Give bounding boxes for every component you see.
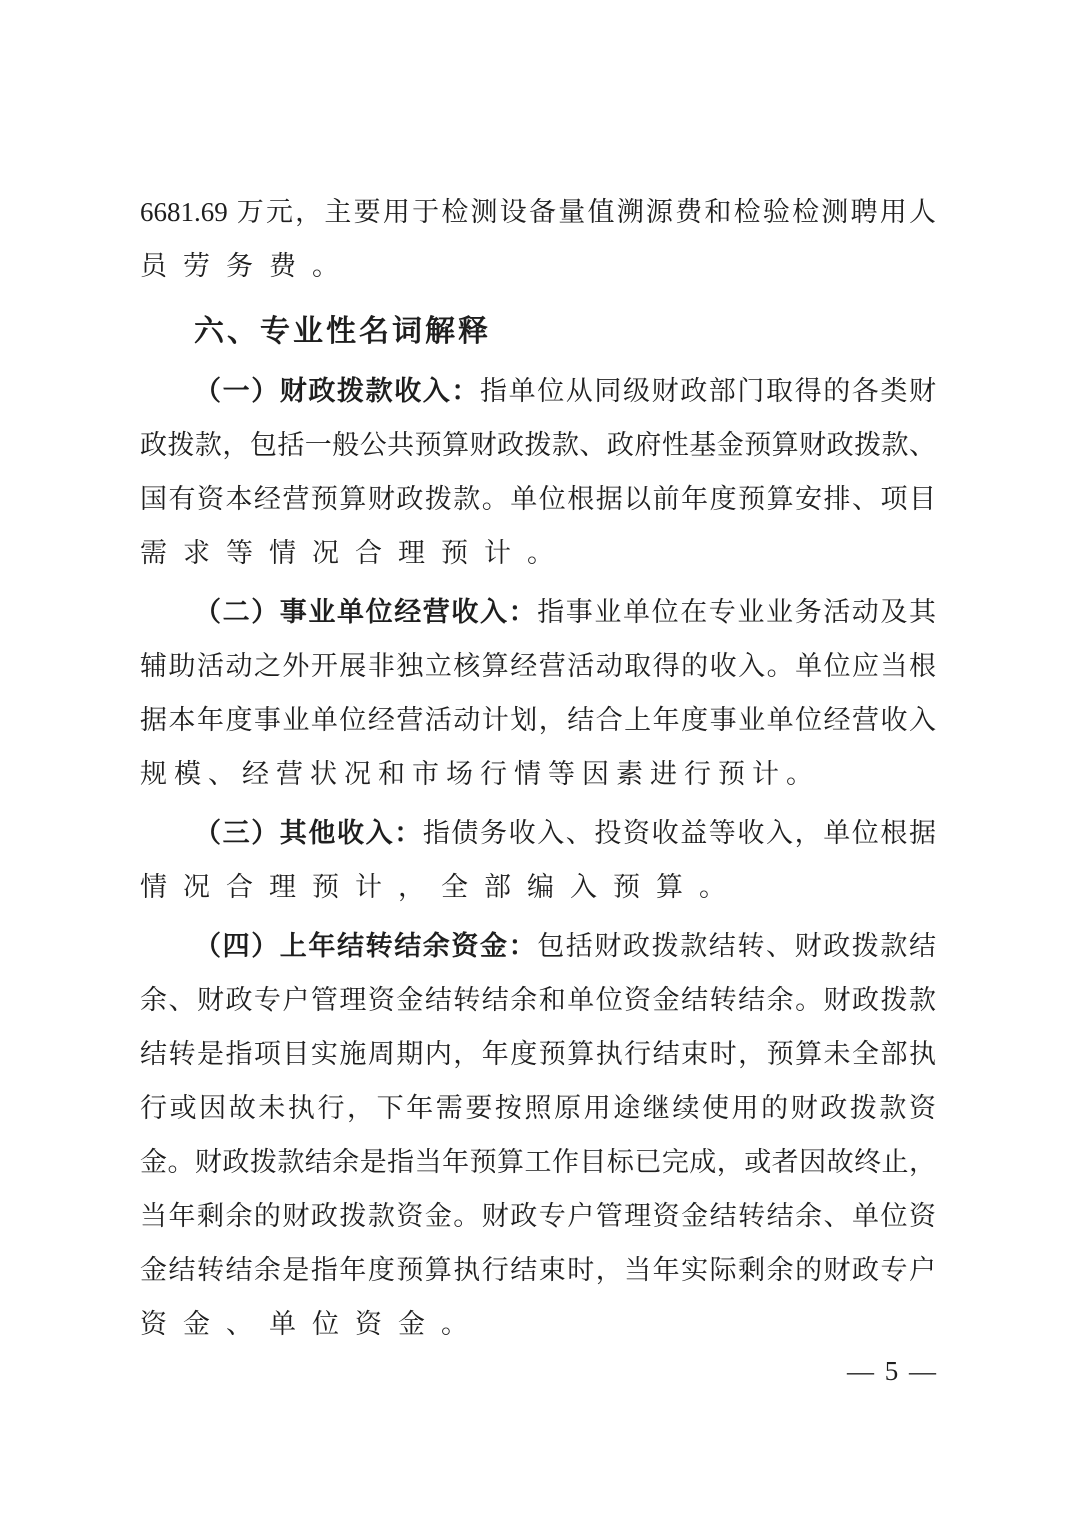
document-body: 6681.69 万元，主要用于检测设备量值溯源费和检验检测聘用人员劳务费。 六、… [140,185,936,1351]
line-text: 指事业单位在专业业务活动及其 [537,597,936,627]
line-text: 员劳务费。 [140,251,355,281]
line-text: 指单位从同级财政部门取得的各类财 [480,376,936,406]
term-label: （二）事业单位经营收入： [194,597,537,627]
term-paragraph: （一）财政拨款收入：指单位从同级财政部门取得的各类财政拨款，包括一般公共预算财政… [140,364,936,580]
page-number: — 5 — [847,1356,938,1387]
text-line: 政拨款，包括一般公共预算财政拨款、政府性基金预算财政拨款、 [140,418,936,472]
line-text: 政拨款，包括一般公共预算财政拨款、政府性基金预算财政拨款、 [140,430,936,460]
text-line: 金。财政拨款结余是指当年预算工作目标已完成，或者因故终止， [140,1135,936,1189]
term-label: （四）上年结转结余资金： [194,931,537,961]
text-line: 资金、单位资金。 [140,1297,936,1351]
line-text: 结转是指项目实施周期内，年度预算执行结束时，预算未全部执 [140,1039,936,1069]
text-line: 情况合理预计，全部编入预算。 [140,860,936,914]
text-line: （三）其他收入：指债务收入、投资收益等收入，单位根据 [140,806,936,860]
section-heading: 六、专业性名词解释 [140,305,936,359]
text-line: 需求等情况合理预计。 [140,526,936,580]
term-label: （三）其他收入： [194,818,423,848]
text-line: （一）财政拨款收入：指单位从同级财政部门取得的各类财 [140,364,936,418]
term-paragraph: （四）上年结转结余资金：包括财政拨款结转、财政拨款结余、财政专户管理资金结转结余… [140,919,936,1351]
line-text: 指债务收入、投资收益等收入，单位根据 [423,818,936,848]
terms-section: （一）财政拨款收入：指单位从同级财政部门取得的各类财政拨款，包括一般公共预算财政… [140,364,936,1351]
line-text: 包括财政拨款结转、财政拨款结 [537,931,936,961]
line-text: 6681.69 万元，主要用于检测设备量值溯源费和检验检测聘用人 [140,197,936,227]
term-paragraph: （二）事业单位经营收入：指事业单位在专业业务活动及其辅助活动之外开展非独立核算经… [140,585,936,801]
text-line: 当年剩余的财政拨款资金。财政专户管理资金结转结余、单位资 [140,1189,936,1243]
line-text: 余、财政专户管理资金结转结余和单位资金结转结余。财政拨款 [140,985,936,1015]
text-line: 金结转结余是指年度预算执行结束时，当年实际剩余的财政专户 [140,1243,936,1297]
intro-paragraph: 6681.69 万元，主要用于检测设备量值溯源费和检验检测聘用人员劳务费。 [140,185,936,293]
line-text: 辅助活动之外开展非独立核算经营活动取得的收入。单位应当根 [140,651,936,681]
line-text: 据本年度事业单位经营活动计划，结合上年度事业单位经营收入 [140,705,936,735]
line-text: 金。财政拨款结余是指当年预算工作目标已完成，或者因故终止， [140,1147,936,1177]
document-page: 6681.69 万元，主要用于检测设备量值溯源费和检验检测聘用人员劳务费。 六、… [0,0,1074,1520]
text-line: （四）上年结转结余资金：包括财政拨款结转、财政拨款结 [140,919,936,973]
text-line: 行或因故未执行，下年需要按照原用途继续使用的财政拨款资 [140,1081,936,1135]
term-label: （一）财政拨款收入： [194,376,480,406]
text-line: 规模、经营状况和市场行情等因素进行预计。 [140,747,936,801]
line-text: 资金、单位资金。 [140,1309,484,1339]
term-paragraph: （三）其他收入：指债务收入、投资收益等收入，单位根据情况合理预计，全部编入预算。 [140,806,936,914]
text-line: （二）事业单位经营收入：指事业单位在专业业务活动及其 [140,585,936,639]
text-line: 结转是指项目实施周期内，年度预算执行结束时，预算未全部执 [140,1027,936,1081]
text-line: 国有资本经营预算财政拨款。单位根据以前年度预算安排、项目 [140,472,936,526]
line-text: 行或因故未执行，下年需要按照原用途继续使用的财政拨款资 [140,1093,936,1123]
text-line: 员劳务费。 [140,239,936,293]
text-line: 余、财政专户管理资金结转结余和单位资金结转结余。财政拨款 [140,973,936,1027]
text-line: 据本年度事业单位经营活动计划，结合上年度事业单位经营收入 [140,693,936,747]
line-text: 国有资本经营预算财政拨款。单位根据以前年度预算安排、项目 [140,484,936,514]
line-text: 情况合理预计，全部编入预算。 [140,872,742,902]
line-text: 金结转结余是指年度预算执行结束时，当年实际剩余的财政专户 [140,1255,936,1285]
line-text: 当年剩余的财政拨款资金。财政专户管理资金结转结余、单位资 [140,1201,936,1231]
text-line: 辅助活动之外开展非独立核算经营活动取得的收入。单位应当根 [140,639,936,693]
text-line: 6681.69 万元，主要用于检测设备量值溯源费和检验检测聘用人 [140,185,936,239]
line-text: 规模、经营状况和市场行情等因素进行预计。 [140,759,820,789]
line-text: 需求等情况合理预计。 [140,538,570,568]
